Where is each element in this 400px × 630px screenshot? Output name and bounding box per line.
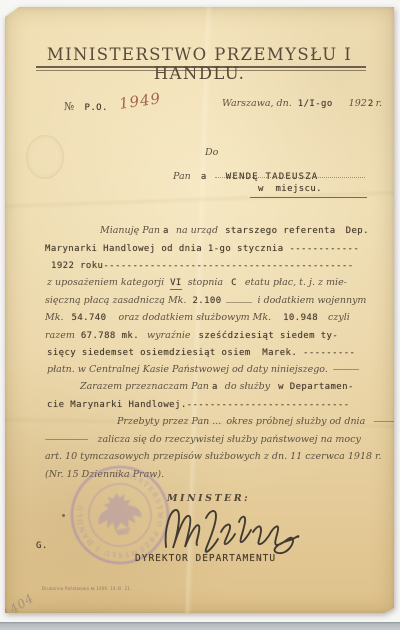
clerk-initial: G.: [36, 541, 48, 552]
numero-symbol: №: [64, 100, 74, 113]
text-segment: oraz dodatkiem służbowym Mk.: [118, 312, 271, 323]
text-segment: Przebyty przez Pan ...: [117, 416, 221, 427]
text-segment: do służby: [225, 381, 270, 392]
dateline-year-printed: 192: [349, 98, 367, 109]
text-segment: na urząd: [176, 225, 218, 236]
text-segment: Zarazem przeznaczam Pan: [80, 381, 209, 392]
pencil-note: 1404: [5, 591, 37, 613]
scan-background-band: [0, 622, 400, 630]
minister-signature: [158, 499, 306, 559]
text-segment: etatu płac, t. j. z mie-: [245, 277, 347, 288]
text-segment: Mk.: [45, 312, 64, 323]
salutation-typed: a: [201, 172, 207, 182]
letterhead-rule-top: [36, 66, 366, 68]
document-paper: MINISTERSTWO PRZEMYSŁU I HANDLU. № P.O. …: [5, 7, 394, 613]
office-code: P.O.: [85, 103, 108, 113]
body-line: z uposażeniem kategorjiVIstopniaCetatu p…: [47, 270, 347, 290]
paper-shadow-wrap: MINISTERSTWO PRZEMYSŁU I HANDLU. № P.O. …: [5, 7, 394, 613]
text-segment: art. 10 tymczasowych przepisów służbowyc…: [45, 451, 382, 462]
recipient-to-label: Do: [205, 147, 218, 158]
body-line: art. 10 tymczasowych przepisów służbowyc…: [45, 444, 382, 463]
text-segment: ————: [373, 416, 394, 427]
dateline-day-typed: 1/I-go: [298, 99, 333, 110]
body-line: Mk.54.740oraz dodatkiem służbowym Mk.10.…: [45, 305, 350, 324]
letterhead-rule-bottom: [36, 70, 366, 71]
recipient-location-underline: [250, 197, 367, 198]
recipient-name-leader-line: [215, 177, 365, 178]
handwritten-number: 1949: [118, 91, 162, 112]
text-segment: okres próbnej służby od dnia: [226, 416, 365, 427]
embossed-seal: [26, 135, 64, 179]
recipient-name-line: Pan a WENDĘ TADEUSZA: [173, 164, 318, 183]
body-line: Zarazem przeznaczam Panado służbyw Depar…: [80, 374, 354, 393]
printer-imprint: Drukarnia Państwowa № 1406. 14.XI. 21.: [42, 586, 131, 591]
body-line: Przebyty przez Pan ...okres próbnej służ…: [117, 409, 394, 428]
dateline: Warszawa, dn. 1/I-go 192 2 r.: [222, 98, 382, 110]
ministry-letterhead-title: MINISTERSTWO PRZEMYSŁU I HANDLU.: [5, 45, 394, 83]
stamp-eagle-icon: [94, 490, 144, 539]
body-line: Mianuję Panana urządstarszego referentaD…: [100, 218, 369, 237]
text-segment: z uposażeniem kategorji: [47, 277, 164, 288]
ink-speck: [62, 514, 65, 517]
scanned-document-photo: MINISTERSTWO PRZEMYSŁU I HANDLU. № P.O. …: [0, 0, 400, 630]
text-segment: czyli: [328, 312, 350, 323]
director-label: DYREKTOR DEPARTAMENTU: [135, 553, 276, 564]
fill-in-leader-line: [226, 294, 252, 303]
text-segment: stopnia: [188, 277, 223, 288]
reference-number-line: № P.O. 1949: [64, 95, 161, 114]
dateline-year-typed: 2: [368, 99, 374, 110]
recipient-location: w miejscu.: [258, 184, 322, 195]
dateline-year-suffix: r.: [376, 98, 383, 109]
salutation-printed: Pan: [173, 171, 191, 182]
text-segment: Mianuję Pan: [100, 225, 160, 236]
dateline-place: Warszawa, dn.: [222, 98, 292, 109]
